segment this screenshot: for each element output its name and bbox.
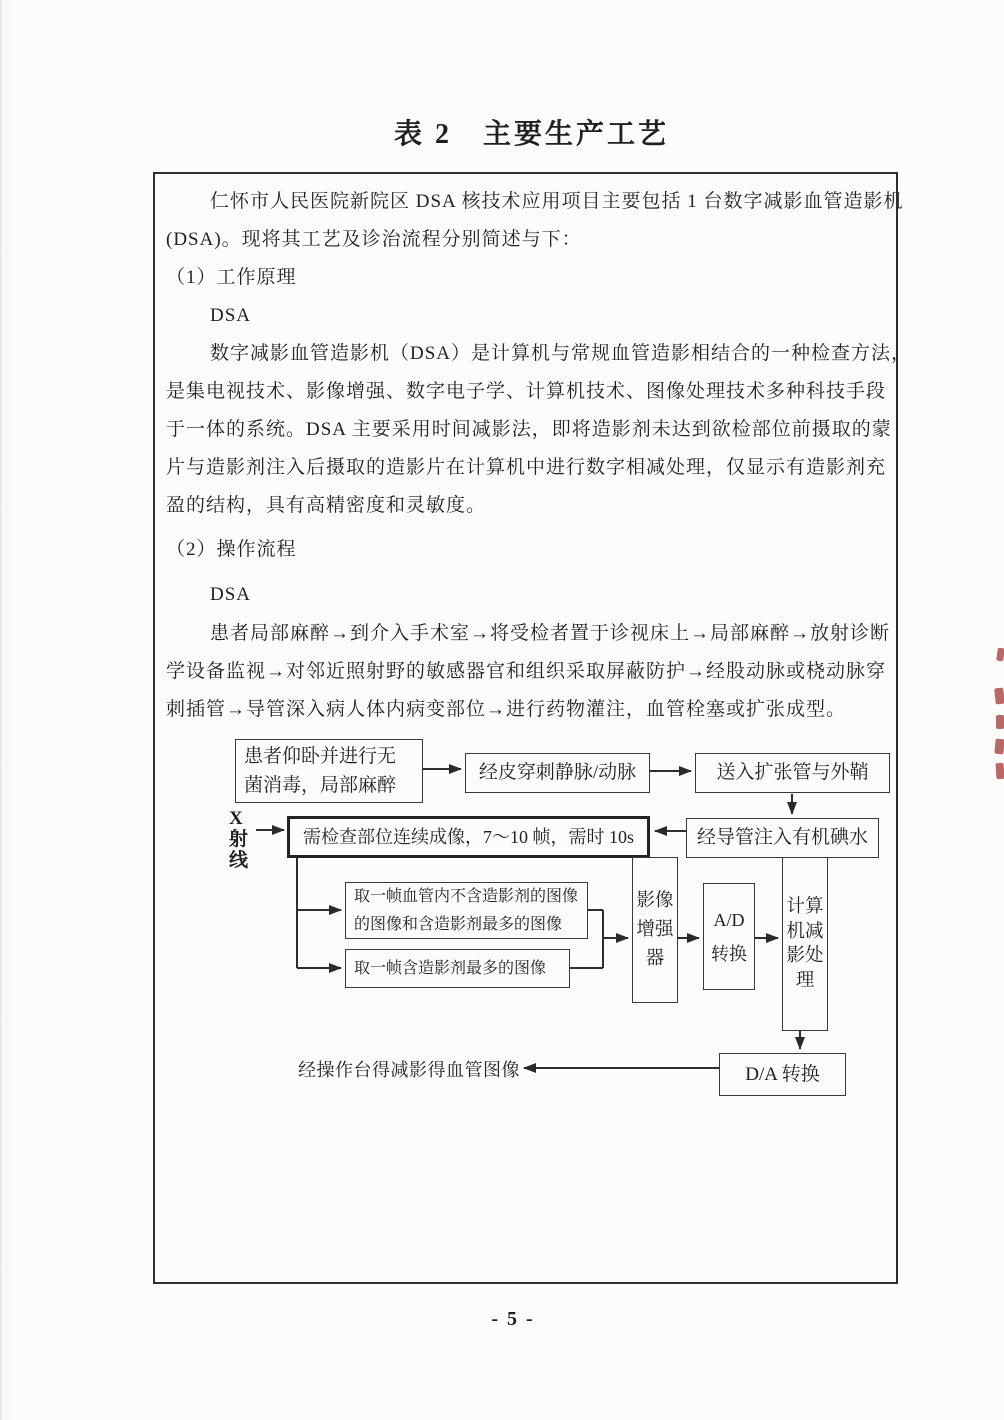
- flow-box-continuous-imaging: 需检查部位连续成像，7～10 帧，需时 10s: [287, 816, 650, 858]
- flow-box-da-converter: D/A 转换: [719, 1053, 846, 1096]
- paragraph-line: 学设备监视→对邻近照射野的敏感器官和组织采取屏蔽防护→经股动脉或桡动脉穿: [166, 660, 892, 684]
- xray-label: X射线: [229, 808, 259, 871]
- paragraph-line: 是集电视技术、影像增强、数字电子学、计算机技术、图像处理技术多种科技手段: [166, 380, 892, 404]
- paragraph-line: DSA: [166, 583, 936, 607]
- paragraph-line: DSA: [166, 304, 936, 328]
- flow-box-frame-without-contrast: 取一帧血管内不含造影剂的图像的图像和含造影剂最多的图像: [345, 882, 588, 939]
- paragraph-line: (DSA)。现将其工艺及诊治流程分别简述与下：: [166, 228, 892, 252]
- flow-box-dilator-sheath: 送入扩张管与外鞘: [695, 753, 890, 793]
- scanned-page: 表 2 主要生产工艺 仁怀市人民医院新院区 DSA 核技术应用项目主要包括 1 …: [0, 0, 1004, 1420]
- flow-box-inject-contrast: 经导管注入有机碘水: [686, 818, 879, 858]
- paragraph-line: （1）工作原理: [166, 266, 892, 290]
- paragraph-line: 于一体的系统。DSA 主要采用时间减影法，即将造影剂未达到欲检部位前摄取的蒙: [166, 418, 892, 442]
- flow-box-patient-prep: 患者仰卧并进行无菌消毒，局部麻醉: [235, 739, 423, 803]
- paragraph-line: 患者局部麻醉→到介入手术室→将受检者置于诊视床上→局部麻醉→放射诊断: [166, 622, 936, 646]
- red-margin-mark: [995, 763, 1004, 780]
- flow-box-puncture: 经皮穿刺静脉/动脉: [465, 753, 650, 793]
- paragraph-line: 数字减影血管造影机（DSA）是计算机与常规血管造影相结合的一种检查方法，: [166, 342, 936, 366]
- flow-box-frame-with-contrast: 取一帧含造影剂最多的图像: [345, 949, 570, 988]
- paragraph-line: 片与造影剂注入后摄取的造影片在计算机中进行数字相减处理，仅显示有造影剂充: [166, 456, 892, 480]
- flow-box-ad-converter: A/D转换: [703, 883, 755, 990]
- page-title: 表 2 主要生产工艺: [163, 118, 900, 152]
- document-box: [153, 172, 898, 1284]
- flow-box-computer-subtraction: 计算机减影处理: [782, 857, 828, 1031]
- flow-output-text: 经操作台得减影得血管图像: [298, 1056, 520, 1082]
- paragraph-line: 盈的结构，具有高精密度和灵敏度。: [166, 494, 892, 518]
- red-margin-mark: [996, 715, 1004, 729]
- paragraph-line: （2）操作流程: [166, 538, 892, 562]
- paragraph-line: 刺插管→导管深入病人体内病变部位→进行药物灌注，血管栓塞或扩张成型。: [166, 698, 892, 722]
- scan-edge-line: [0, 0, 10, 1420]
- red-margin-mark: [994, 739, 1004, 755]
- paragraph-line: 仁怀市人民医院新院区 DSA 核技术应用项目主要包括 1 台数字减影血管造影机: [166, 190, 936, 214]
- red-margin-mark: [996, 648, 1004, 662]
- red-margin-mark: [994, 688, 1004, 705]
- flow-box-image-intensifier: 影像增强器: [632, 857, 678, 1003]
- page-number: - 5 -: [163, 1308, 863, 1331]
